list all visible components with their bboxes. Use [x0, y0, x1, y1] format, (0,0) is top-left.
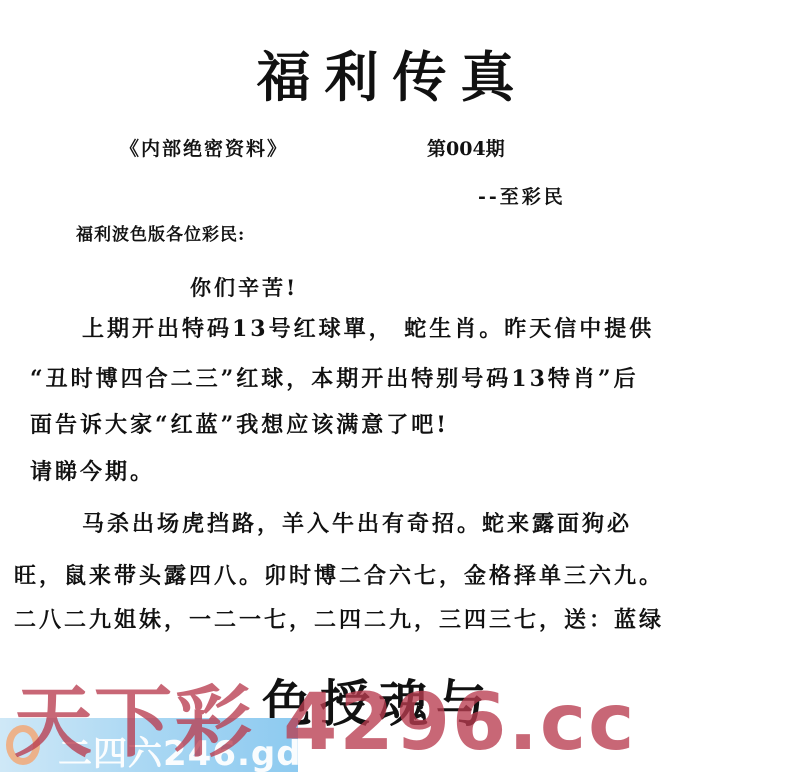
- issue-number: 第004期: [427, 134, 505, 161]
- body-line: “丑时博四合二三”红球，本期开出特别号码13特肖”后: [30, 364, 639, 394]
- signature: --至彩民: [478, 182, 566, 209]
- body-line: 二八二九姐妹，一二一七，二四二九，三四三七，送：蓝绿: [14, 605, 664, 635]
- body-line: 面告诉大家“红蓝”我想应该满意了吧!: [30, 410, 449, 440]
- salutation: 你们辛苦!: [190, 272, 298, 302]
- greeting: 福利波色版各位彩民:: [76, 220, 245, 245]
- body-line: 请睇今期。: [30, 457, 155, 487]
- document-subtitle: 《内部绝密资料》: [120, 134, 288, 161]
- watermark-main-text: 天下彩 4296.cc: [14, 678, 636, 768]
- body-line: 上期开出特码13号红球單， 蛇生肖。昨天信中提供: [82, 314, 654, 344]
- body-line: 旺，鼠来带头露四八。卯时博二合六七，金格择单三六九。: [14, 561, 664, 591]
- body-line: 马杀出场虎挡路，羊入牛出有奇招。蛇来露面狗必: [82, 509, 632, 539]
- document-title: 福利传真: [0, 42, 785, 112]
